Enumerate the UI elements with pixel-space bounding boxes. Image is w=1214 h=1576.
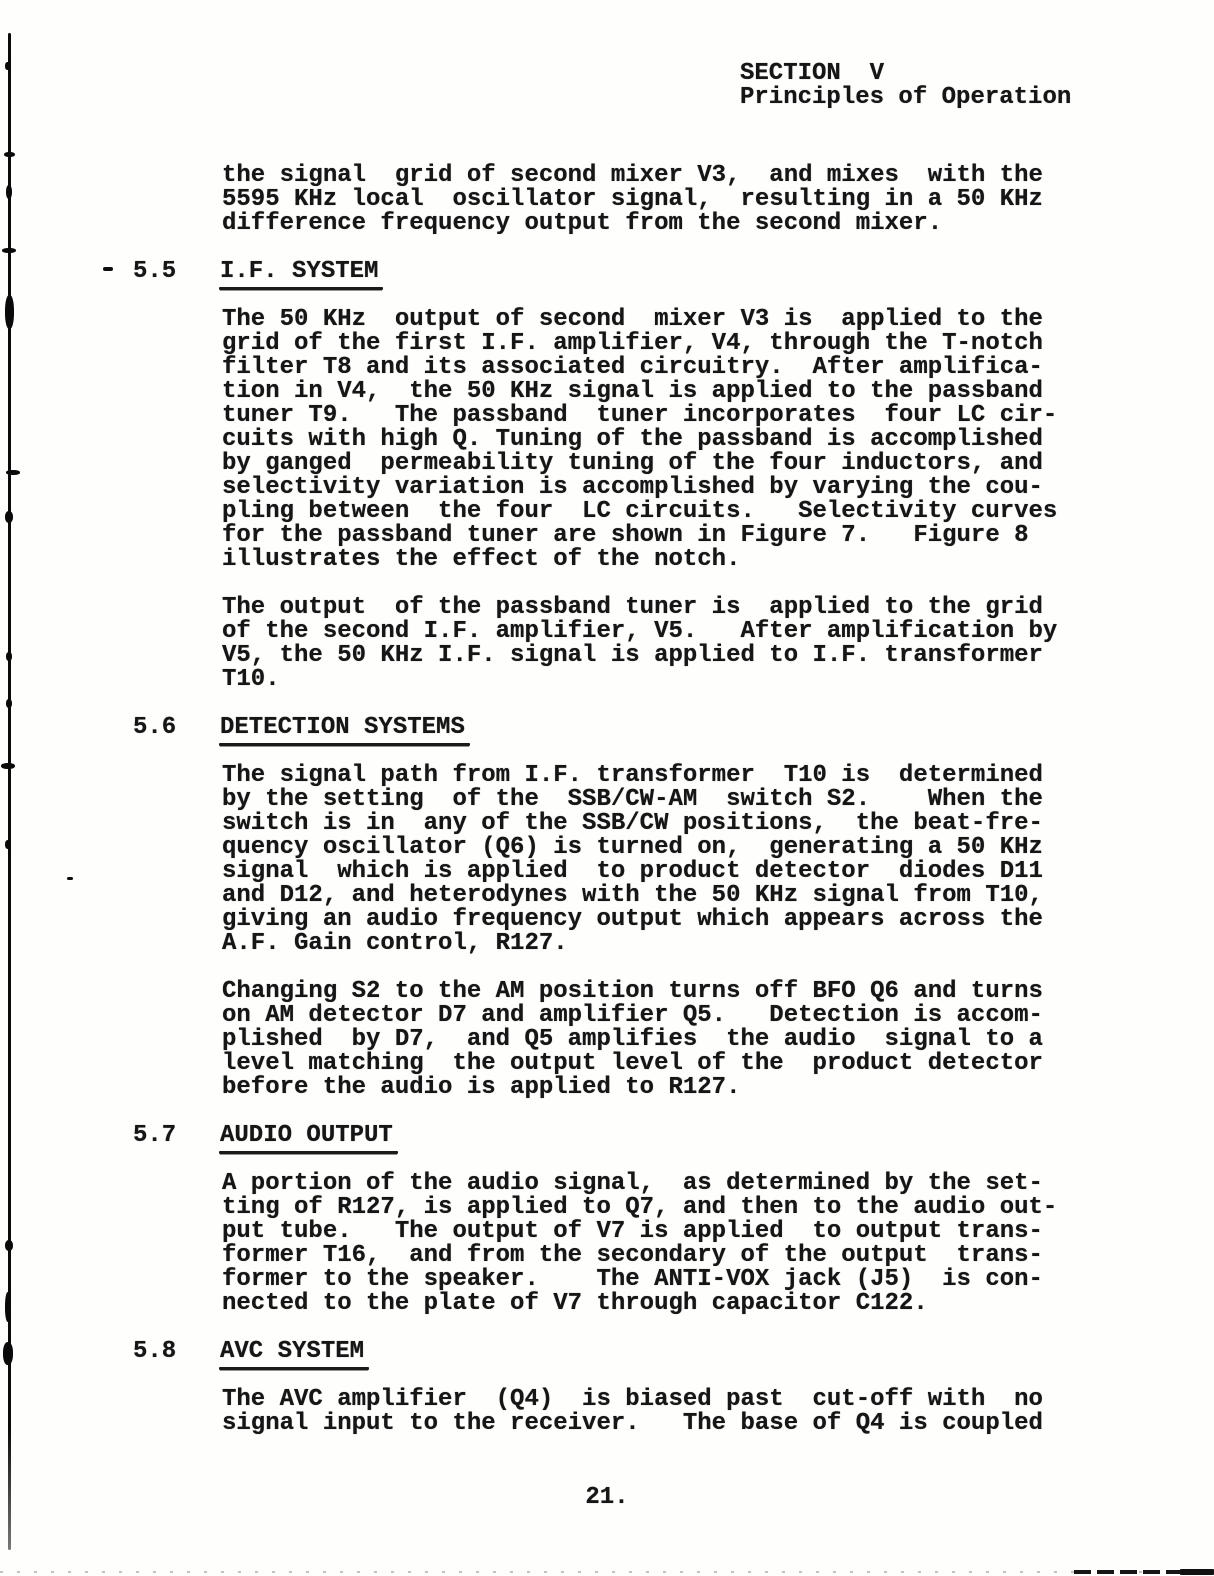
paragraph: The 50 KHz output of second mixer V3 is …	[222, 308, 1214, 572]
section-heading-5-8: 5.8 AVC SYSTEM	[133, 1340, 1214, 1364]
scan-dash	[103, 267, 113, 271]
paragraph: The signal path from I.F. transformer T1…	[222, 764, 1214, 956]
section-title: AUDIO OUTPUT	[220, 1124, 393, 1148]
scan-speck	[2, 248, 16, 253]
section-number: 5.5	[133, 260, 220, 284]
scan-speck	[3, 1342, 13, 1365]
paragraph: The output of the passband tuner is appl…	[222, 596, 1214, 692]
section-heading-5-7: 5.7 AUDIO OUTPUT	[133, 1124, 1214, 1148]
section-number: 5.6	[133, 716, 220, 740]
section-heading-5-5: 5.5 I.F. SYSTEM	[133, 260, 1214, 284]
section-number: 5.8	[133, 1340, 220, 1364]
scan-speck	[5, 295, 14, 329]
scan-bottom-dash-cap	[1180, 1569, 1214, 1575]
section-number: 5.7	[133, 1124, 220, 1148]
scan-speck	[5, 511, 13, 523]
scan-speck	[6, 470, 20, 475]
scan-speck	[5, 840, 11, 849]
section-title: AVC SYSTEM	[220, 1340, 364, 1364]
scan-speck	[4, 152, 15, 157]
page-number: 21.	[0, 1486, 1214, 1510]
scanned-manual-page: SECTION V Principles of Operation the si…	[0, 0, 1214, 1576]
document-body: the signal grid of second mixer V3, and …	[0, 164, 1214, 1460]
paragraph: The AVC amplifier (Q4) is biased past cu…	[222, 1388, 1214, 1436]
scan-speck	[5, 1292, 11, 1322]
paragraph: Changing S2 to the AM position turns off…	[222, 980, 1214, 1100]
scan-speck	[5, 62, 10, 70]
page-header: SECTION V Principles of Operation	[740, 62, 1071, 110]
scan-edge-line	[8, 33, 11, 1550]
scan-speck	[6, 699, 12, 708]
header-section-line: SECTION V	[740, 62, 1071, 86]
scan-speck	[1, 763, 15, 769]
scan-bottom-dots	[0, 1571, 1214, 1573]
scan-speck	[6, 652, 12, 661]
paragraph: A portion of the audio signal, as determ…	[222, 1172, 1214, 1316]
scan-speck	[5, 1240, 13, 1251]
section-title: DETECTION SYSTEMS	[220, 716, 465, 740]
header-subtitle-line: Principles of Operation	[740, 86, 1071, 110]
scan-speck	[67, 877, 73, 880]
intro-paragraph: the signal grid of second mixer V3, and …	[222, 164, 1214, 236]
section-title: I.F. SYSTEM	[220, 260, 378, 284]
section-heading-5-6: 5.6 DETECTION SYSTEMS	[133, 716, 1214, 740]
scan-speck	[6, 185, 12, 199]
